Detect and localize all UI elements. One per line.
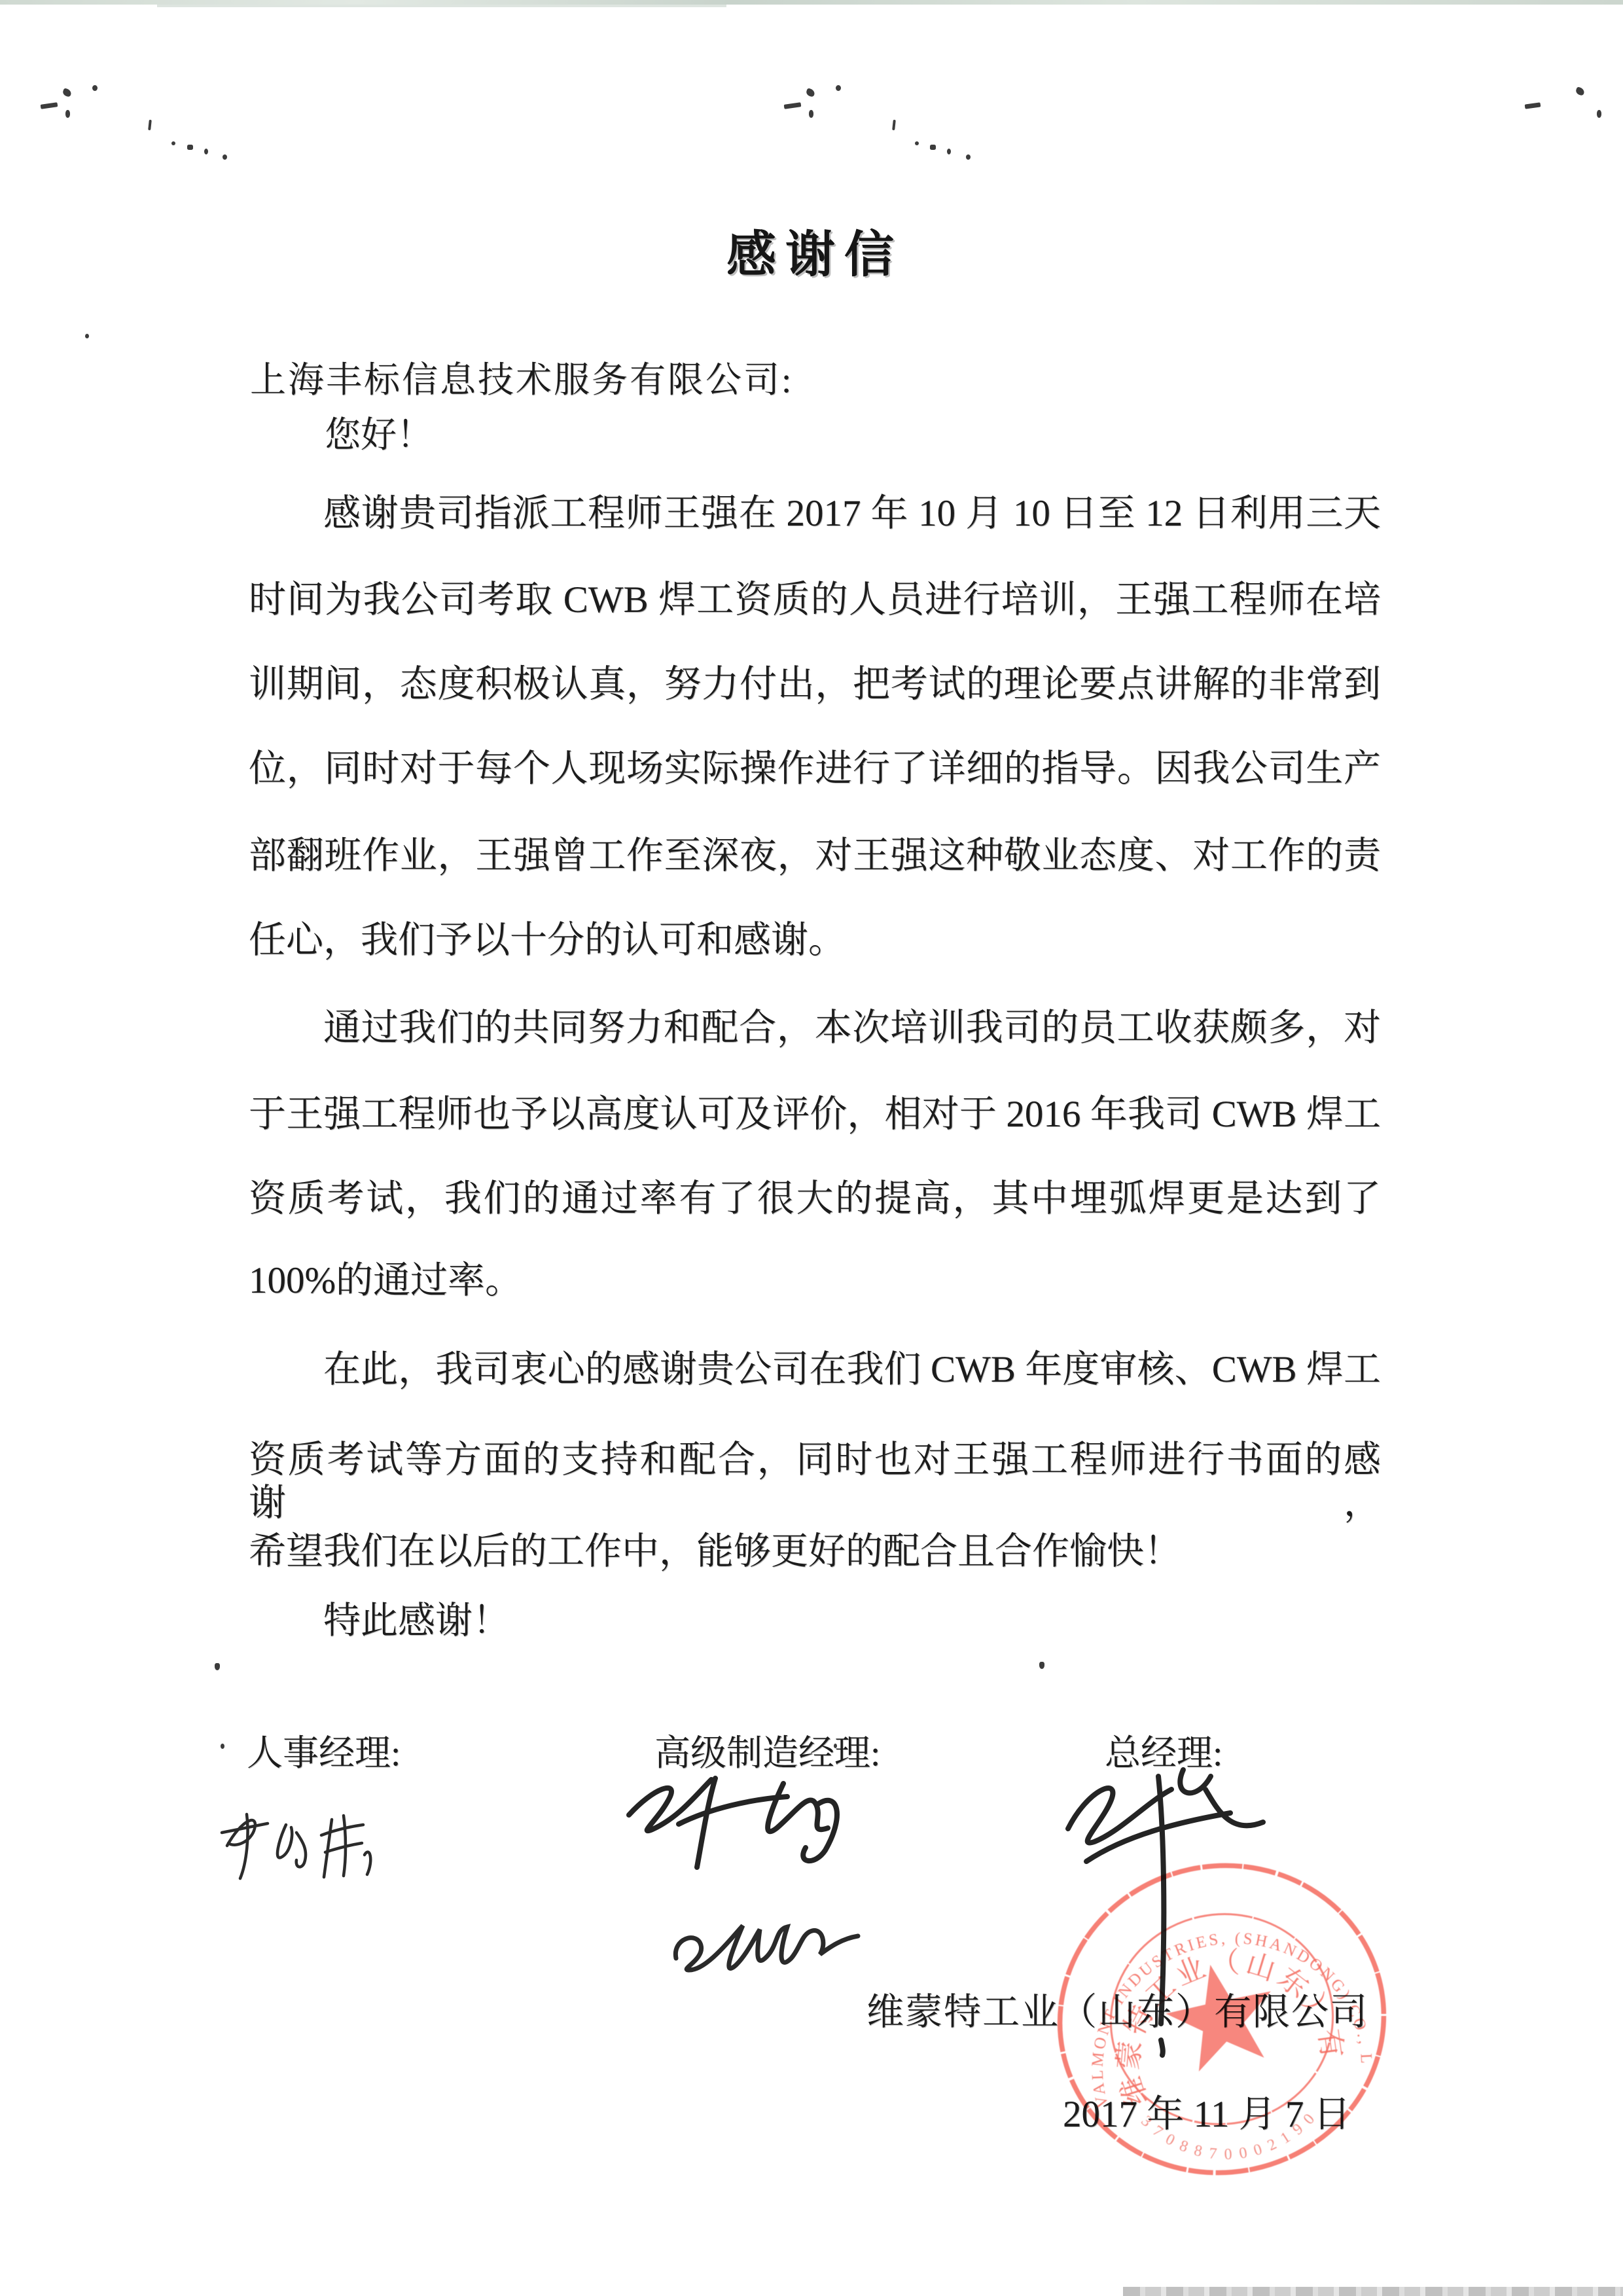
hr-manager-signature <box>213 1795 409 1906</box>
scanned-letter-page: 感谢信 上海丰标信息技术服务有限公司: 您好！ 感谢贵司指派工程师王强在 201… <box>0 0 1623 2296</box>
body-line: 在此，我司衷心的感谢贵公司在我们 CWB 年度审核、CWB 焊工 <box>249 1348 1381 1391</box>
hr-manager-label: 人事经理: <box>247 1724 401 1776</box>
body-line: 资质考试，我们的通过率有了很大的提高，其中埋弧焊更是达到了 <box>249 1177 1381 1221</box>
body-line: 部翻班作业，王强曾工作至深夜，对王强这种敬业态度、对工作的责 <box>249 834 1381 878</box>
letter-title: 感谢信 <box>249 215 1381 286</box>
scan-speck <box>1039 1662 1044 1669</box>
scan-edge-artifact <box>157 5 726 7</box>
mfg-manager-signature-flourish <box>664 1906 874 1991</box>
scan-edge-artifact <box>1123 2287 1623 2296</box>
body-line: 通过我们的共同努力和配合，本次培训我司的员工收获颇多，对 <box>249 1007 1381 1050</box>
scan-speck <box>85 334 89 338</box>
body-line: 100%的通过率。 <box>249 1259 1381 1302</box>
mfg-manager-signature <box>618 1764 861 1888</box>
scan-edge-artifact <box>0 0 1623 5</box>
scan-speck <box>215 1663 220 1670</box>
closing-line: 特此感谢！ <box>249 1600 1381 1643</box>
company-seal-stamp: VALMONT INDUSTRIES, (SHANDONG) CO., LTD.… <box>1051 1859 1393 2179</box>
body-line: 位，同时对于每个人现场实际操作进行了详细的指导。因我公司生产 <box>249 747 1381 791</box>
body-line: 于王强工程师也予以高度认可及评价，相对于 2016 年我司 CWB 焊工 <box>249 1093 1381 1136</box>
body-line: 希望我们在以后的工作中，能够更好的配合且合作愉快！ <box>249 1530 1381 1573</box>
body-line: 资质考试等方面的支持和配合，同时也对王强工程师进行书面的感谢， <box>249 1439 1381 1524</box>
body-line: 时间为我公司考取 CWB 焊工资质的人员进行培训，王强工程师在培 <box>249 579 1381 622</box>
greeting-line: 您好！ <box>325 406 433 457</box>
recipient-company-line: 上海丰标信息技术服务有限公司: <box>250 351 793 403</box>
body-line: 任心，我们予以十分的认可和感谢。 <box>249 919 1381 962</box>
body-line: 训期间，态度积极认真，努力付出，把考试的理论要点讲解的非常到 <box>249 663 1381 706</box>
scan-speck <box>221 1744 224 1749</box>
body-line: 感谢贵司指派工程师王强在 2017 年 10 月 10 日至 12 日利用三天 <box>249 492 1381 535</box>
